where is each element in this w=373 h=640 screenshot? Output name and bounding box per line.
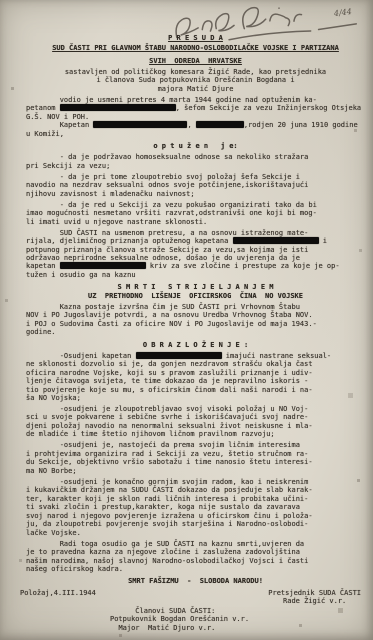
trial-paragraph: vodio je usmeni pretres 4 marta 1944 god… [26, 96, 365, 138]
sentence-subheading: UZ PRETHODNO LIŠENJE OFICIRSKOG ČINA NO … [88, 292, 303, 300]
trial-text-3: , [187, 121, 195, 129]
court-composition: sastavljen od političkog komesara Žigić … [26, 68, 365, 93]
reasoning-heading: O B R A Z L O Ž E N J E : [143, 341, 248, 349]
reasoning-text-2: imajući nastrane seksual- ne sklonosti d… [26, 352, 331, 402]
conclusion-paragraph: Radi toga osudio ga je SUD ČASTI na kazn… [26, 540, 365, 574]
redaction-bar [60, 104, 176, 111]
members-signatures: Članovi SUDA ČASTI: Potpukovnik Bogdan O… [110, 607, 365, 632]
reasoning-paragraph: -osudjeni je konačno gornjim svojim rado… [26, 478, 365, 537]
redaction-bar [196, 121, 244, 128]
document-body: P R E S U D A SUD ČASTI PRI GLAVNOM ŠTAB… [0, 0, 373, 632]
charge-item: - da je red u Sekciji za vezu pokušao or… [26, 201, 365, 226]
reasoning-paragraph: -osudjeni je, nastojeći da prema svojim … [26, 441, 365, 475]
reasoning-paragraph: -osudjeni je zloupotrebljavao svoj visok… [26, 405, 365, 439]
redaction-bar [233, 237, 319, 244]
president-signature: Pretsjednik SUDA ČASTI Rade Žigić v.r. [268, 589, 361, 606]
scanned-verdict-document: 4/44 P R E S U D A SUD ČASTI PRI GLAVNOM… [0, 0, 373, 640]
court-name: SUD ČASTI PRI GLAVNOM ŠTABU NARODNO-OSLO… [52, 44, 339, 52]
charges-heading: o p t u ž e n j e: [153, 142, 237, 150]
reasoning-paragraph: -Osudjeni kapetan imajući nastrane seksu… [26, 352, 365, 403]
region-line: SVIH ODREDA HRVATSKE [149, 57, 242, 65]
redaction-bar [93, 121, 187, 128]
date-place: Položaj,4.III.1944 [20, 589, 96, 597]
enforcement-paragraph: Kazna postaje izvršna čim je SUD ČASTI p… [26, 303, 365, 337]
slogan: SMRT FAŠIZMU - SLOBODA NARODU! [128, 577, 263, 585]
redaction-bar [136, 352, 222, 359]
charge-item: - da je pri tome zloupotrebio svoj polož… [26, 173, 365, 198]
sentence-heading: S M R T I S T R I J E L J A N J E M [118, 283, 274, 291]
reasoning-text-1: -Osudjeni kapetan [26, 352, 136, 360]
verdict-paragraph: SUD ČASTI na usmenom pretresu, a na osno… [26, 229, 365, 280]
redaction-bar [60, 262, 146, 269]
document-title: P R E S U D A [168, 34, 223, 42]
signature-row: Položaj,4.III.1944 Pretsjednik SUDA ČAST… [20, 589, 365, 606]
charge-item: - da je podržavao homoseksualne odnose s… [26, 153, 365, 170]
